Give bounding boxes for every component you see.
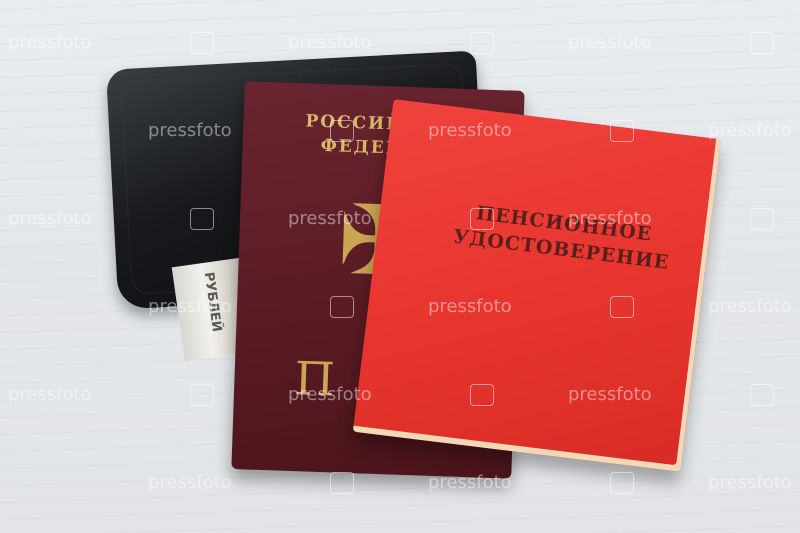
watermark-camera-icon	[750, 208, 774, 230]
watermark-camera-icon	[610, 120, 634, 142]
watermark-text: pressfoto	[708, 296, 792, 317]
watermark-text: pressfoto	[148, 472, 232, 493]
watermark-camera-icon	[750, 32, 774, 54]
watermark-camera-icon	[610, 472, 634, 494]
watermark-text: pressfoto	[428, 296, 512, 317]
watermark-text: pressfoto	[8, 208, 92, 229]
pension-certificate: ПЕНСИОННОЕ УДОСТОВЕРЕНИЕ	[353, 99, 721, 472]
watermark-text: pressfoto	[568, 32, 652, 53]
watermark-text: pressfoto	[708, 120, 792, 141]
watermark-camera-icon	[190, 384, 214, 406]
watermark-text: pressfoto	[8, 384, 92, 405]
watermark-text: pressfoto	[708, 472, 792, 493]
watermark-camera-icon	[190, 32, 214, 54]
watermark-text: pressfoto	[428, 472, 512, 493]
watermark-text: pressfoto	[568, 208, 652, 229]
watermark-camera-icon	[470, 32, 494, 54]
photo-scene: РУБЛЕЙ РОССИЙСКАЯ ФЕДЕРАЦИЯ ✠ П ПЕНСИОНН…	[0, 0, 800, 533]
watermark-text: pressfoto	[148, 296, 232, 317]
watermark-camera-icon	[470, 384, 494, 406]
watermark-camera-icon	[610, 296, 634, 318]
watermark-text: pressfoto	[288, 32, 372, 53]
watermark-text: pressfoto	[288, 208, 372, 229]
watermark-camera-icon	[330, 120, 354, 142]
watermark-camera-icon	[470, 208, 494, 230]
watermark-text: pressfoto	[288, 384, 372, 405]
watermark-camera-icon	[750, 384, 774, 406]
watermark-text: pressfoto	[568, 384, 652, 405]
watermark-text: pressfoto	[148, 120, 232, 141]
watermark-camera-icon	[190, 208, 214, 230]
watermark-text: pressfoto	[8, 32, 92, 53]
watermark-text: pressfoto	[428, 120, 512, 141]
watermark-camera-icon	[330, 472, 354, 494]
watermark-camera-icon	[330, 296, 354, 318]
